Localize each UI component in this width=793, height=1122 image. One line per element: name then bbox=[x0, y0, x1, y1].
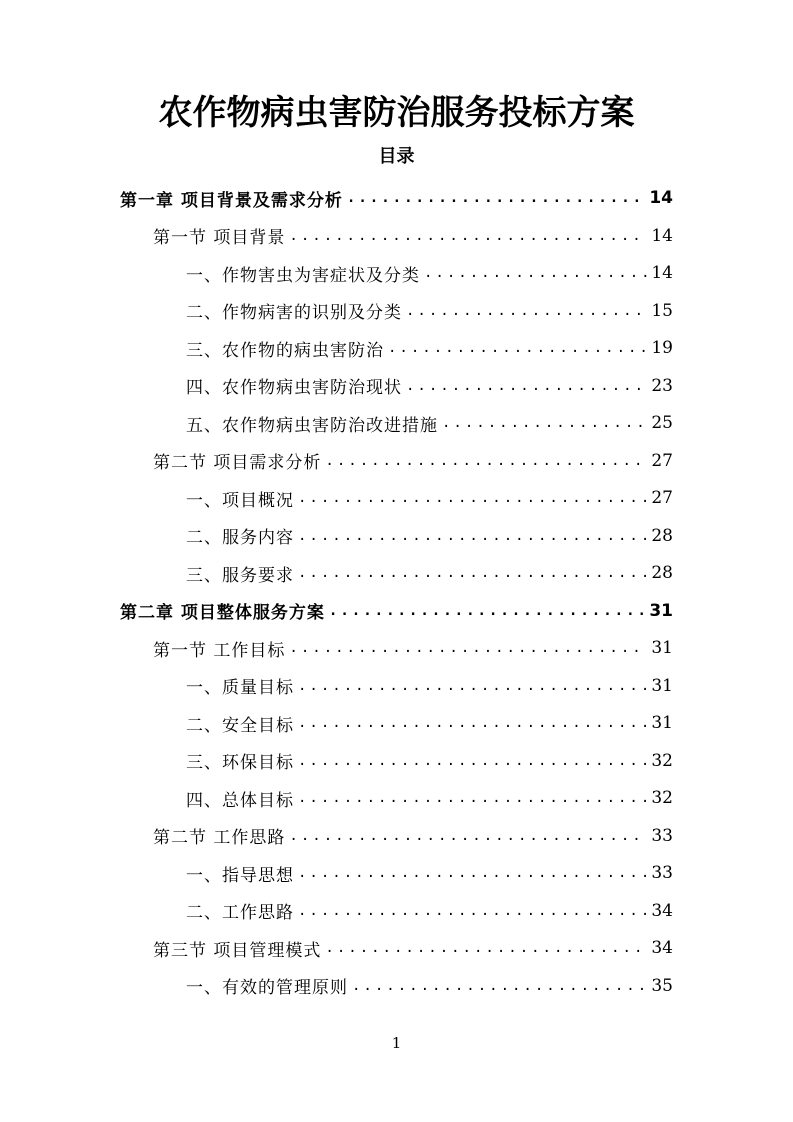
toc-entry-label: 第二节 工作思路 bbox=[153, 823, 285, 848]
toc-entry-subsection[interactable]: 一、项目概况27 bbox=[186, 480, 673, 516]
dot-leader bbox=[298, 903, 647, 919]
toc-entry-label: 五、农作物病虫害防治改进措施 bbox=[186, 411, 438, 436]
document-title: 农作物病虫害防治服务投标方案 bbox=[0, 88, 793, 138]
toc-entry-page: 33 bbox=[651, 863, 673, 883]
toc-entry-section[interactable]: 第二节 项目需求分析27 bbox=[153, 443, 673, 479]
toc-entry-label: 一、项目概况 bbox=[186, 486, 294, 511]
toc-entry-page: 34 bbox=[651, 901, 673, 921]
toc-entry-label: 二、服务内容 bbox=[186, 523, 294, 548]
toc-entry-subsection[interactable]: 二、安全目标31 bbox=[186, 705, 673, 741]
toc-entry-page: 14 bbox=[651, 226, 673, 246]
toc-entry-label: 第一章 项目背景及需求分析 bbox=[120, 186, 343, 211]
toc-entry-label: 第一节 项目背景 bbox=[153, 223, 285, 248]
toc-entry-label: 第二节 项目需求分析 bbox=[153, 448, 321, 473]
toc-entry-section[interactable]: 第二节 工作思路33 bbox=[153, 818, 673, 854]
toc-entry-subsection[interactable]: 一、质量目标31 bbox=[186, 668, 673, 704]
toc-heading: 目录 bbox=[0, 144, 793, 170]
toc-entry-subsection[interactable]: 二、作物病害的识别及分类15 bbox=[186, 293, 673, 329]
dot-leader bbox=[406, 303, 647, 319]
dot-leader bbox=[298, 865, 647, 881]
toc-entry-label: 第一节 工作目标 bbox=[153, 636, 285, 661]
toc-entry-label: 一、质量目标 bbox=[186, 673, 294, 698]
dot-leader bbox=[406, 378, 647, 394]
dot-leader bbox=[298, 678, 647, 694]
toc-entry-page: 33 bbox=[651, 826, 673, 846]
toc-entry-page: 28 bbox=[651, 563, 673, 583]
toc-entry-label: 第二章 项目整体服务方案 bbox=[120, 598, 325, 623]
dot-leader bbox=[329, 603, 645, 619]
toc-entry-subsection[interactable]: 四、总体目标32 bbox=[186, 780, 673, 816]
toc-entry-subsection[interactable]: 三、环保目标32 bbox=[186, 743, 673, 779]
toc-entry-page: 32 bbox=[651, 788, 673, 808]
toc-entry-page: 31 bbox=[649, 601, 673, 621]
toc-entry-section[interactable]: 第一节 项目背景14 bbox=[153, 218, 673, 254]
toc-entry-page: 14 bbox=[651, 263, 673, 283]
dot-leader bbox=[298, 528, 647, 544]
dot-leader bbox=[298, 490, 647, 506]
toc-entry-label: 一、作物害虫为害症状及分类 bbox=[186, 261, 420, 286]
dot-leader bbox=[388, 340, 647, 356]
toc-entry-page: 31 bbox=[651, 713, 673, 733]
toc-entry-subsection[interactable]: 三、服务要求28 bbox=[186, 555, 673, 591]
dot-leader bbox=[424, 265, 647, 281]
toc-entry-label: 四、农作物病虫害防治现状 bbox=[186, 373, 402, 398]
toc-entry-label: 第三节 项目管理模式 bbox=[153, 936, 321, 961]
toc-entry-page: 27 bbox=[651, 451, 673, 471]
dot-leader bbox=[325, 940, 647, 956]
page-number: 1 bbox=[0, 1034, 793, 1052]
dot-leader bbox=[298, 715, 647, 731]
toc-entry-section[interactable]: 第一节 工作目标31 bbox=[153, 630, 673, 666]
toc-entry-subsection[interactable]: 二、服务内容28 bbox=[186, 518, 673, 554]
dot-leader bbox=[289, 640, 647, 656]
dot-leader bbox=[298, 753, 647, 769]
toc-entry-subsection[interactable]: 五、农作物病虫害防治改进措施25 bbox=[186, 405, 673, 441]
toc-entry-page: 31 bbox=[651, 676, 673, 696]
toc-entry-chapter[interactable]: 第一章 项目背景及需求分析14 bbox=[120, 180, 673, 216]
toc-entry-page: 32 bbox=[651, 751, 673, 771]
toc-entry-subsection[interactable]: 四、农作物病虫害防治现状23 bbox=[186, 368, 673, 404]
toc-entry-label: 四、总体目标 bbox=[186, 786, 294, 811]
toc-entry-label: 二、工作思路 bbox=[186, 898, 294, 923]
toc-entry-page: 15 bbox=[651, 301, 673, 321]
dot-leader bbox=[298, 565, 647, 581]
toc-entry-subsection[interactable]: 一、作物害虫为害症状及分类14 bbox=[186, 255, 673, 291]
toc-entry-subsection[interactable]: 三、农作物的病虫害防治19 bbox=[186, 330, 673, 366]
toc-entry-label: 三、农作物的病虫害防治 bbox=[186, 336, 384, 361]
toc-entry-section[interactable]: 第三节 项目管理模式34 bbox=[153, 930, 673, 966]
toc-entry-label: 二、作物病害的识别及分类 bbox=[186, 298, 402, 323]
toc-entry-label: 三、环保目标 bbox=[186, 748, 294, 773]
dot-leader bbox=[289, 228, 647, 244]
toc-entry-subsection[interactable]: 二、工作思路34 bbox=[186, 893, 673, 929]
toc-entry-label: 一、指导思想 bbox=[186, 861, 294, 886]
toc-entry-label: 二、安全目标 bbox=[186, 711, 294, 736]
toc-entry-page: 31 bbox=[651, 638, 673, 658]
toc-entry-page: 27 bbox=[651, 488, 673, 508]
toc-entry-page: 14 bbox=[649, 188, 673, 208]
toc-entry-page: 34 bbox=[651, 938, 673, 958]
dot-leader bbox=[298, 790, 647, 806]
toc-entry-label: 三、服务要求 bbox=[186, 561, 294, 586]
dot-leader bbox=[442, 415, 647, 431]
toc-entry-chapter[interactable]: 第二章 项目整体服务方案31 bbox=[120, 593, 673, 629]
toc-entry-page: 19 bbox=[651, 338, 673, 358]
toc-entry-page: 23 bbox=[651, 376, 673, 396]
toc-entry-page: 35 bbox=[651, 976, 673, 996]
dot-leader bbox=[289, 828, 647, 844]
dot-leader bbox=[347, 190, 645, 206]
dot-leader bbox=[325, 453, 647, 469]
toc-entry-page: 25 bbox=[651, 413, 673, 433]
toc-entry-subsection[interactable]: 一、指导思想33 bbox=[186, 855, 673, 891]
toc-entry-subsection[interactable]: 一、有效的管理原则35 bbox=[186, 968, 673, 1004]
toc-entry-page: 28 bbox=[651, 526, 673, 546]
toc-entry-label: 一、有效的管理原则 bbox=[186, 973, 348, 998]
dot-leader bbox=[352, 978, 647, 994]
